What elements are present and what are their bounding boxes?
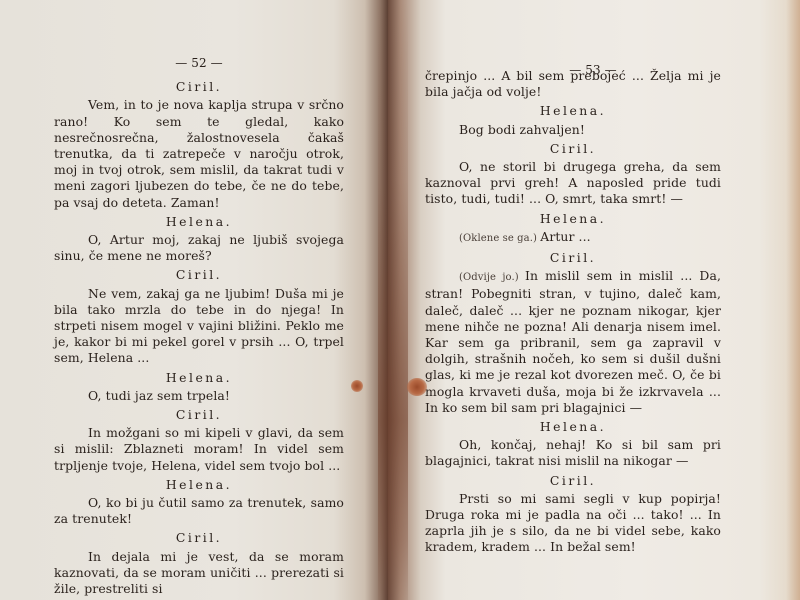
dialogue-line: In dejala mi je vest, da se moram kaznov… xyxy=(54,549,344,598)
right-page: — 53 — črepinjo ... A bil sem prebojeć .… xyxy=(388,0,800,600)
stage-direction: (Oklene se ga.) xyxy=(459,233,540,244)
speaker-name: Ciril. xyxy=(54,530,344,546)
speaker-name: Ciril. xyxy=(54,267,344,283)
speaker-name: Ciril. xyxy=(54,407,344,423)
page-number: — 52 — xyxy=(54,55,344,71)
dialogue-line: Oh, končaj, nehaj! Ko si bil sam pri bla… xyxy=(425,437,721,469)
right-page-text: — 53 — črepinjo ... A bil sem prebojeć .… xyxy=(425,68,721,556)
stage-direction: (Odvije jo.) xyxy=(459,272,525,283)
speaker-name: Ciril. xyxy=(425,141,721,157)
page-number: — 53 — xyxy=(465,62,721,78)
dialogue-line: Ne vem, zakaj ga ne ljubim! Duša mi je b… xyxy=(54,286,344,367)
speaker-name: Helena. xyxy=(54,214,344,230)
dialogue-line: O, ne storil bi drugega greha, da sem ka… xyxy=(425,159,721,208)
speaker-name: Helena. xyxy=(425,419,721,435)
left-page-text: — 52 — Ciril.Vem, in to je nova kaplja s… xyxy=(54,55,344,597)
speaker-name: Ciril. xyxy=(425,473,721,489)
dialogue-line: Bog bodi zahvaljen! xyxy=(425,122,721,138)
dialogue-line: O, tudi jaz sem trpela! xyxy=(54,388,344,404)
speaker-name: Ciril. xyxy=(54,79,344,95)
dialogue-line: Vem, in to je nova kaplja strupa v srčno… xyxy=(54,97,344,210)
stain-spot xyxy=(351,380,363,392)
page-edge-discoloration xyxy=(786,0,800,600)
dialogue-line: (Oklene se ga.) Artur ... xyxy=(425,229,721,247)
speaker-name: Helena. xyxy=(425,211,721,227)
book-spine xyxy=(378,0,408,600)
stain-spot xyxy=(407,378,427,396)
speaker-name: Ciril. xyxy=(425,250,721,266)
dialogue-line: Prsti so mi sami segli v kup popirja! Dr… xyxy=(425,491,721,556)
dialogue-line: (Odvije jo.) In mislil sem in mislil ...… xyxy=(425,268,721,416)
left-page: — 52 — Ciril.Vem, in to je nova kaplja s… xyxy=(0,0,388,600)
speaker-name: Helena. xyxy=(425,103,721,119)
dialogue-line: In možgani so mi kipeli v glavi, da sem … xyxy=(54,425,344,474)
dialogue-line: O, ko bi ju čutil samo za trenutek, samo… xyxy=(54,495,344,527)
speaker-name: Helena. xyxy=(54,370,344,386)
dialogue-line: O, Artur moj, zakaj ne ljubiš svojega si… xyxy=(54,232,344,264)
speaker-name: Helena. xyxy=(54,477,344,493)
